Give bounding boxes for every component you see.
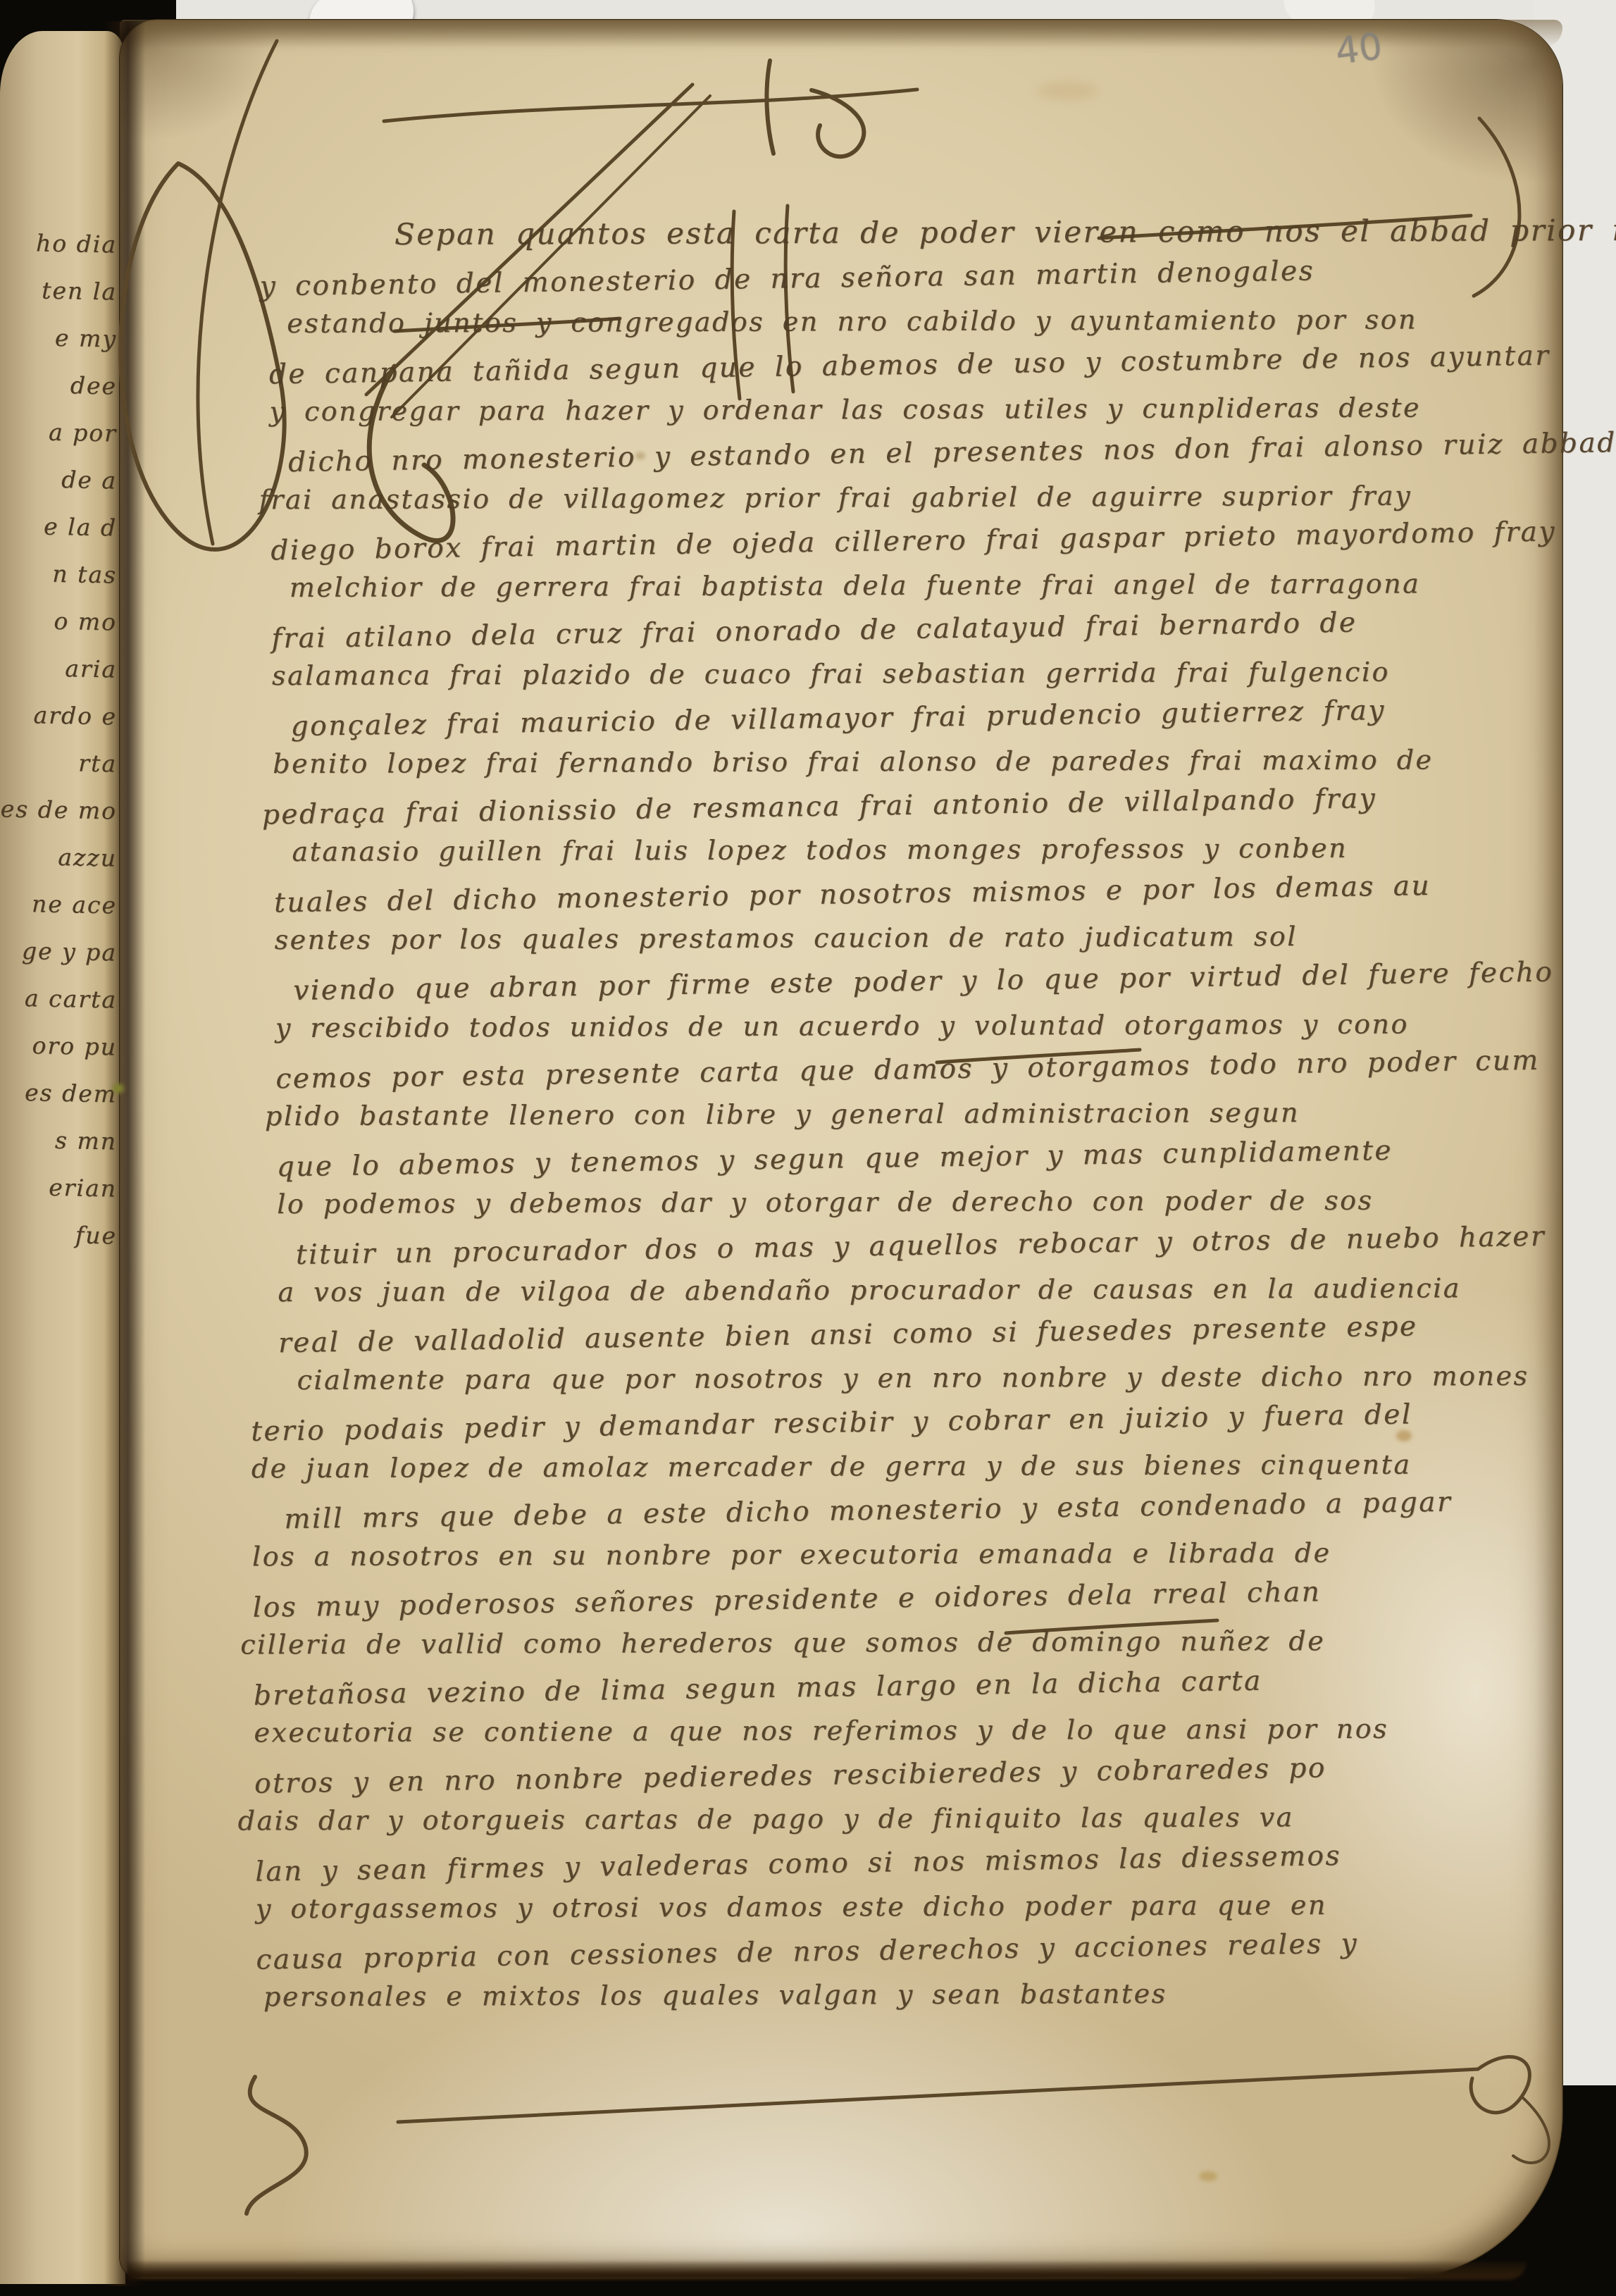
text-fragment: a por	[0, 407, 120, 457]
folio-number: 40	[1334, 25, 1385, 73]
text-fragment: ge y pa	[0, 926, 120, 976]
text-fragment: es dem	[0, 1068, 120, 1117]
text-fragment: fue	[0, 1210, 120, 1259]
foxing-spot	[1199, 2171, 1217, 2181]
text-fragment: ardo e	[0, 690, 120, 740]
text-fragment: es de mo	[0, 785, 120, 834]
text-fragment: a carta	[0, 974, 120, 1023]
text-fragment: ho dia	[0, 218, 120, 268]
text-fragment: e my	[0, 313, 120, 362]
text-fragment: o mo	[0, 596, 120, 645]
manuscript-text: Sepan quantos esta carta de poder vieren…	[268, 205, 1553, 2023]
ink-smudge	[1036, 82, 1099, 100]
scanned-manuscript: ho diaten lae mydeea porde ae la dn taso…	[0, 0, 1616, 2296]
text-fragment: erian	[0, 1162, 120, 1212]
text-fragment: rta	[0, 738, 120, 787]
manuscript-line: personales e mixtos los quales valgan y …	[263, 1971, 1553, 2019]
text-fragment: oro pu	[0, 1021, 120, 1070]
text-fragment: ten la	[0, 266, 120, 315]
foxing-spot	[113, 1084, 124, 1093]
text-fragment: ne ace	[0, 879, 120, 929]
text-fragment: aria	[0, 643, 120, 693]
text-fragment: s mn	[0, 1115, 120, 1165]
binding-gutter-shadow	[104, 21, 145, 2286]
text-fragment: n tas	[0, 549, 120, 598]
text-fragment: dee	[0, 360, 120, 409]
text-fragment: azzu	[0, 832, 120, 881]
text-fragment: de a	[0, 454, 120, 504]
text-fragment: e la d	[0, 502, 120, 551]
previous-page-text: ho diaten lae mydeea porde ae la dn taso…	[0, 220, 120, 1258]
